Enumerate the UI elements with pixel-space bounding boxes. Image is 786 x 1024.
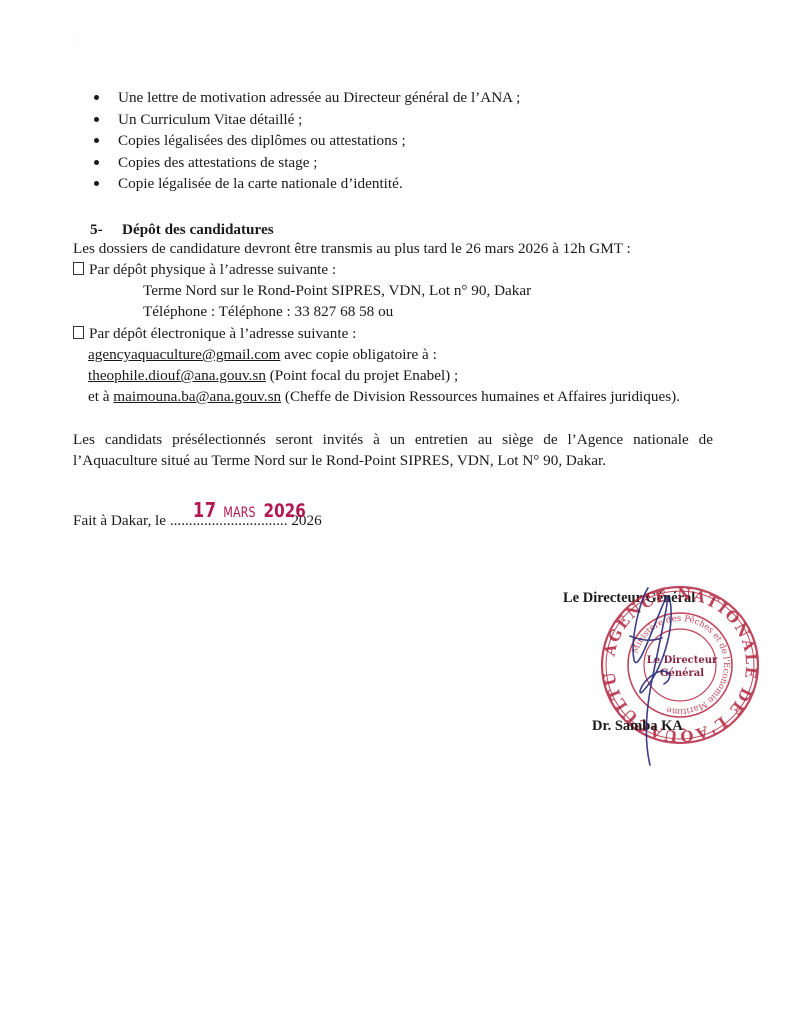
bullet-icon — [94, 138, 99, 143]
email-link-cc1[interactable]: theophile.diouf@ana.gouv.sn — [88, 367, 266, 384]
requirement-item: Copie légalisée de la carte nationale d’… — [90, 173, 520, 195]
email-line-cc2: et à maimouna.ba@ana.gouv.sn (Cheffe de … — [88, 387, 680, 407]
email-link-cc2[interactable]: maimouna.ba@ana.gouv.sn — [113, 388, 281, 405]
bullet-icon — [94, 160, 99, 165]
physical-phone: Téléphone : Téléphone : 33 827 68 58 ou — [143, 302, 393, 322]
checkbox-icon — [73, 326, 84, 339]
physical-address: Terme Nord sur le Rond-Point SIPRES, VDN… — [143, 281, 531, 301]
date-stamp: 17MARS2026 — [193, 498, 306, 522]
email-line-main: agencyaquaculture@gmail.com avec copie o… — [88, 345, 437, 365]
email-line-cc1: theophile.diouf@ana.gouv.sn (Point focal… — [88, 366, 458, 386]
email-link-main[interactable]: agencyaquaculture@gmail.com — [88, 346, 280, 363]
requirement-item: Copies des attestations de stage ; — [90, 152, 520, 174]
deadline-text: Les dossiers de candidature devront être… — [73, 239, 631, 259]
bullet-icon — [94, 181, 99, 186]
interview-notice: Les candidats présélectionnés seront inv… — [73, 429, 713, 471]
bullet-icon — [94, 117, 99, 122]
electronic-option: Par dépôt électronique à l’adresse suiva… — [73, 324, 356, 344]
section-heading: 5-Dépôt des candidatures — [90, 220, 274, 240]
requirement-item: Copies légalisées des diplômes ou attest… — [90, 130, 520, 152]
requirements-list: Une lettre de motivation adressée au Dir… — [90, 87, 520, 195]
handwritten-signature-icon — [600, 580, 720, 770]
requirement-item: Un Curriculum Vitae détaillé ; — [90, 109, 520, 131]
document-page: ··· Une lettre de motivation adressée au… — [0, 0, 786, 1024]
physical-option: Par dépôt physique à l’adresse suivante … — [73, 260, 336, 280]
bullet-icon — [94, 95, 99, 100]
checkbox-icon — [73, 262, 84, 275]
requirement-item: Une lettre de motivation adressée au Dir… — [90, 87, 520, 109]
